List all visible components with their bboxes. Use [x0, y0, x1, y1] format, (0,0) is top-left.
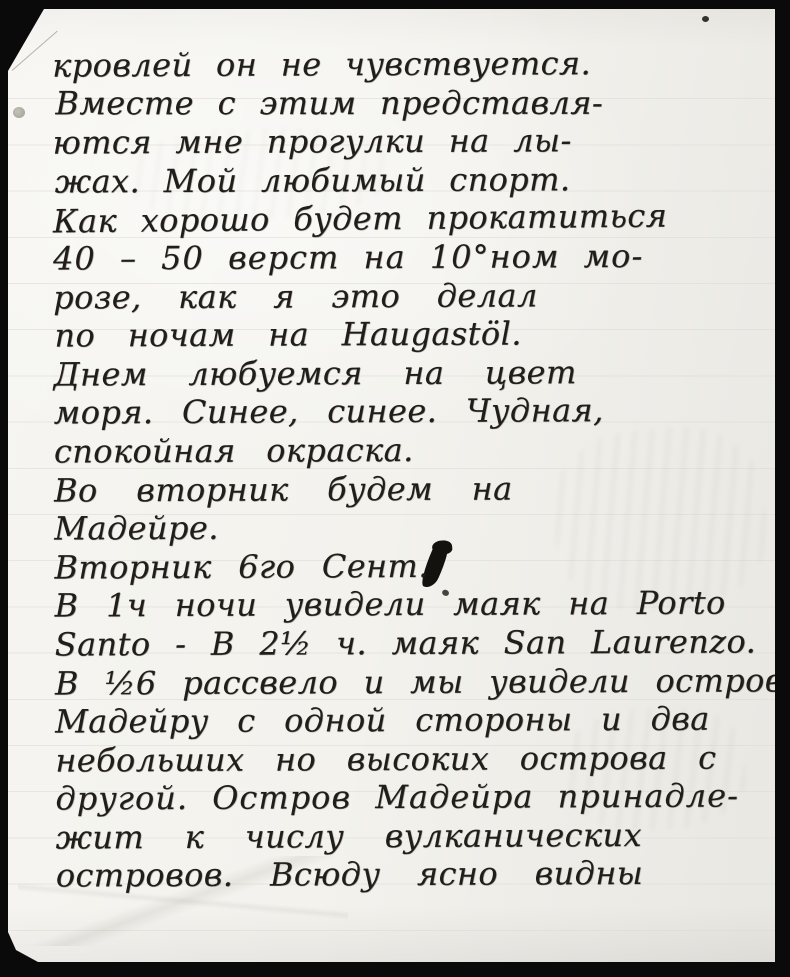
- manuscript-line: Как хорошо будет прокатиться: [53, 196, 768, 241]
- manuscript-line: 40 – 50 верст на 10°ном мо-: [53, 236, 768, 278]
- dust-speck: [702, 16, 709, 22]
- manuscript-line: В ½6 рассвело и мы увидели остров: [55, 661, 770, 703]
- manuscript-text: кровлей он не чувствуется. Вместе с этим…: [52, 43, 771, 895]
- manuscript-line: Во вторник будем на: [54, 468, 769, 510]
- manuscript-line: Мадейру с одной стороны и два: [55, 700, 770, 742]
- manuscript-line: островов. Всюду ясно видны: [56, 854, 771, 896]
- manuscript-line: В 1ч ночи увидели маяк на Porto: [55, 584, 770, 626]
- manuscript-line: по ночам на Haugastöl.: [54, 314, 769, 356]
- manuscript-line: Днем любуемся на цвет: [53, 352, 768, 394]
- scan-frame: кровлей он не чувствуется. Вместе с этим…: [0, 0, 790, 977]
- manuscript-line: жит к числу вулканических: [56, 815, 771, 857]
- manuscript-line: Вместе с этим представля-: [55, 83, 770, 122]
- manuscript-line: ются мне прогулки на лы-: [52, 121, 767, 163]
- manuscript-line: Мадейре.: [54, 507, 769, 549]
- manuscript-line: моря. Синее, синее. Чудная,: [54, 391, 769, 433]
- manuscript-line: жах. Мой любимый спорт.: [55, 159, 770, 201]
- manuscript-line: розе, как я это делал: [53, 275, 768, 317]
- hole-punch-dot: [13, 107, 25, 118]
- manuscript-line: небольших но высоких острова с: [55, 738, 770, 780]
- manuscript-line: кровлей он не чувствуется.: [52, 43, 767, 85]
- paper-sheet: кровлей он не чувствуется. Вместе с этим…: [8, 9, 775, 962]
- manuscript-line: Вторник 6го Сент.: [54, 545, 769, 587]
- manuscript-line: другой. Остров Мадейра принадле-: [55, 777, 770, 819]
- manuscript-line: Santo - В 2½ ч. маяк San Laurenzo.: [55, 622, 770, 664]
- manuscript-line: спокойная окраска.: [54, 429, 769, 471]
